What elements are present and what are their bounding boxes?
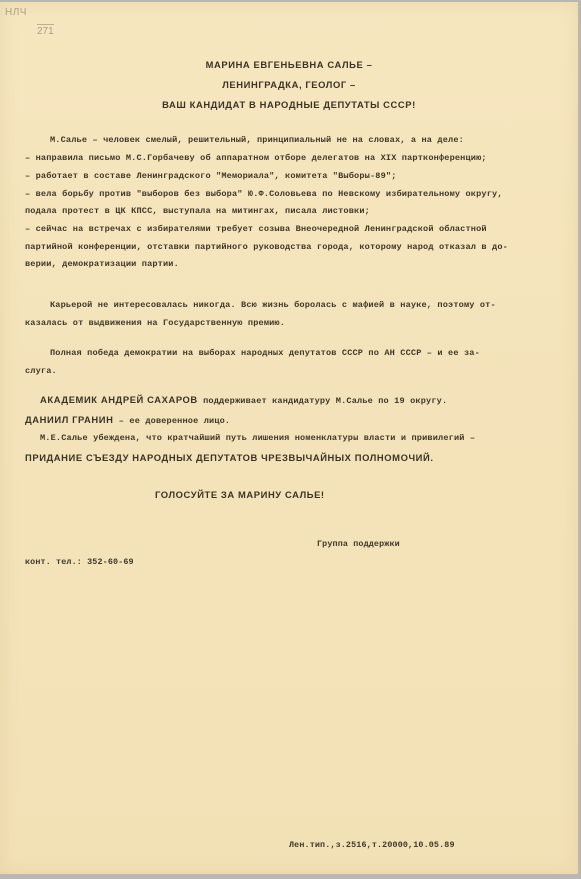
signature-support-group: Группа поддержки	[317, 539, 400, 550]
leaflet-page: НЛЧ 271 МАРИНА ЕВГЕНЬЕВНА САЛЬЕ – ЛЕНИНГ…	[0, 2, 578, 874]
header-candidate-name: МАРИНА ЕВГЕНЬЕВНА САЛЬЕ –	[0, 59, 578, 70]
bullet-fight-elections-cont: подала протест в ЦК КПСС, выступала на м…	[25, 206, 370, 217]
sakharov-support-line: АКАДЕМИК АНДРЕЙ САХАРОВ поддерживает кан…	[40, 394, 447, 407]
intro-paragraph: М.Салье – человек смелый, решительный, п…	[50, 135, 464, 146]
header-candidate-description: ЛЕНИНГРАДКА, ГЕОЛОГ –	[0, 79, 578, 90]
conviction-paragraph: М.Е.Салье убеждена, что кратчайший путь …	[40, 433, 475, 444]
archive-stamp: НЛЧ	[5, 7, 27, 18]
archive-sheet-number: 271	[37, 24, 54, 37]
career-paragraph-cont: казалась от выдвижения на Государственну…	[25, 318, 285, 329]
conviction-demand: ПРИДАНИЕ СЪЕЗДУ НАРОДНЫХ ДЕПУТАТОВ ЧРЕЗВ…	[25, 452, 434, 463]
bullet-memorial: – работает в составе Ленинградского "Мем…	[25, 171, 397, 182]
bullet-party-conference-cont: партийной конференции, отставки партийно…	[25, 242, 508, 253]
bullet-letter-to-gorbachev: – направила письмо М.С.Горбачеву об аппа…	[25, 153, 487, 164]
print-imprint: Лен.тип.,з.2516,т.20000,10.05.89	[289, 840, 455, 851]
granin-role-text: – ее доверенное лицо.	[113, 416, 230, 426]
victory-paragraph: Полная победа демократии на выборах наро…	[50, 348, 480, 359]
bullet-fight-elections: – вела борьбу против "выборов без выбора…	[25, 189, 503, 200]
victory-paragraph-cont: слуга.	[25, 366, 57, 377]
bullet-party-conference-end: верии, демократизации партии.	[25, 259, 179, 270]
header-candidacy-statement: ВАШ КАНДИДАТ В НАРОДНЫЕ ДЕПУТАТЫ СССР!	[0, 99, 578, 110]
sakharov-name: АКАДЕМИК АНДРЕЙ САХАРОВ	[40, 394, 198, 405]
call-to-action: ГОЛОСУЙТЕ ЗА МАРИНУ САЛЬЕ!	[155, 489, 325, 500]
granin-name: ДАНИИЛ ГРАНИН	[25, 414, 113, 425]
sakharov-support-text: поддерживает кандидатуру М.Салье по 19 о…	[198, 396, 447, 406]
contact-phone: конт. тел.: 352-60-69	[25, 557, 134, 568]
granin-line: ДАНИИЛ ГРАНИН – ее доверенное лицо.	[25, 414, 230, 427]
career-paragraph: Карьерой не интересовалась никогда. Всю …	[50, 300, 496, 311]
bullet-party-conference: – сейчас на встречах с избирателями треб…	[25, 224, 487, 235]
